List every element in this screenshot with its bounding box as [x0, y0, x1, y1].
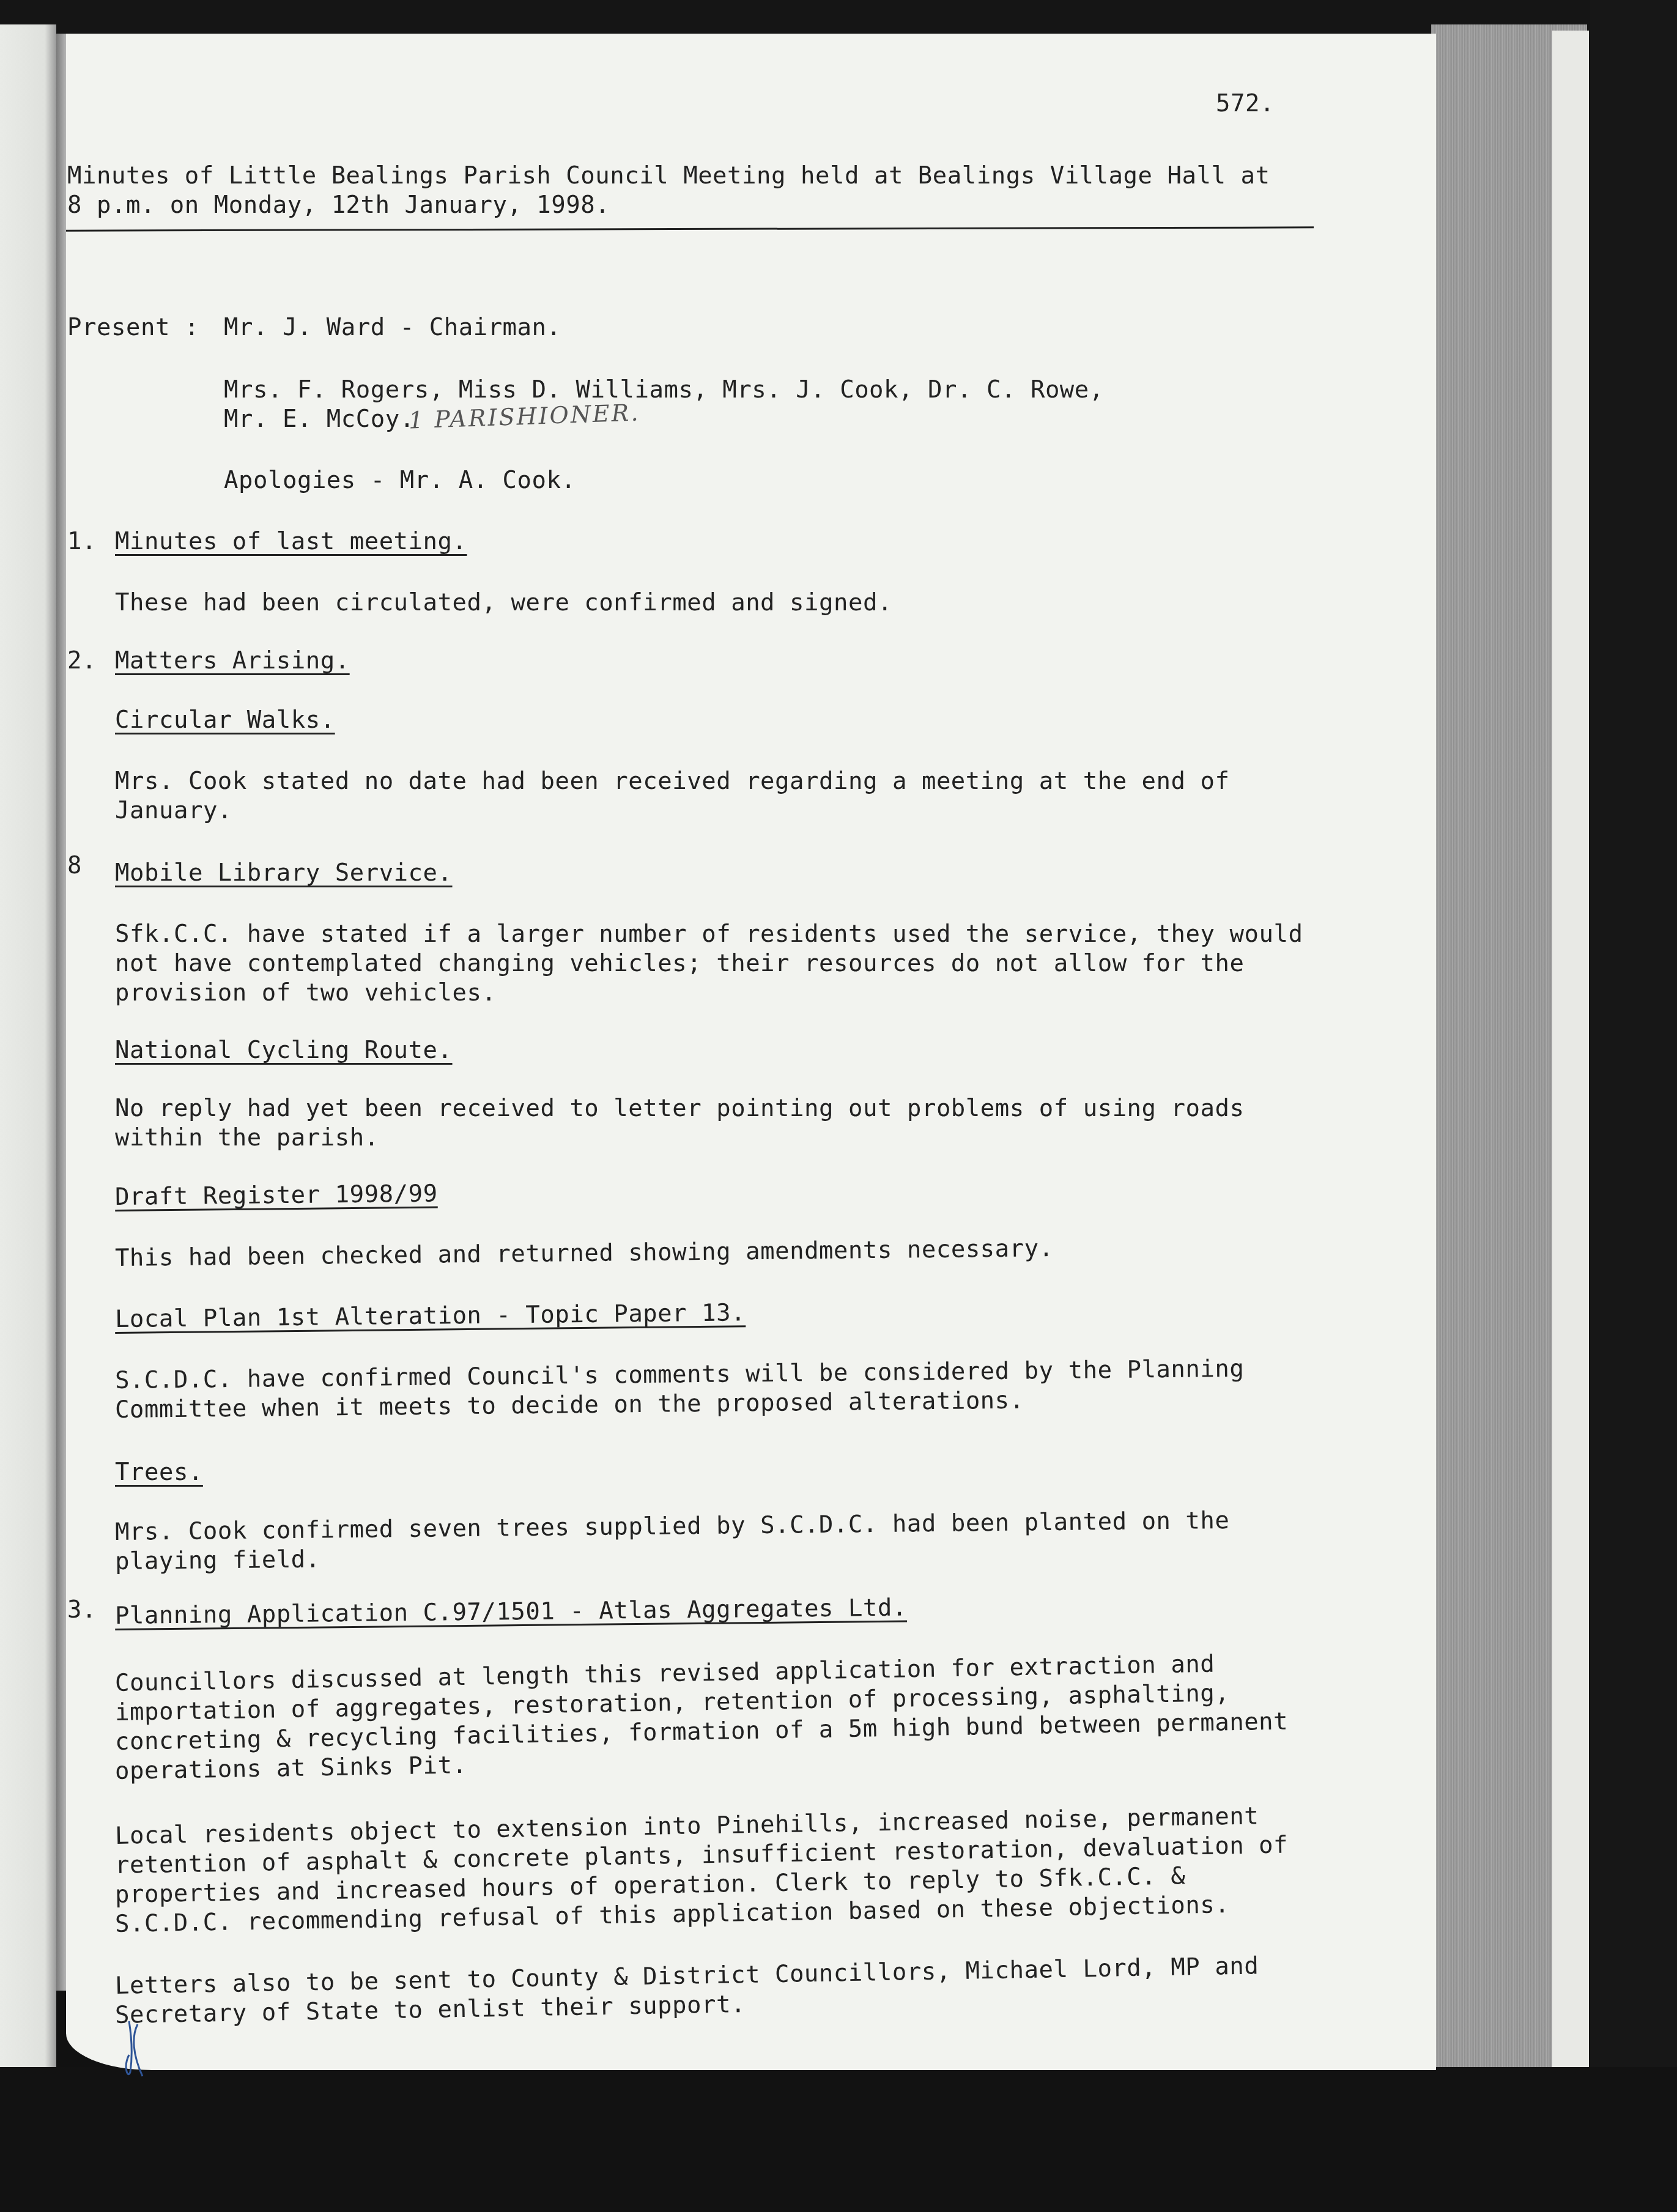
mobile-library-body-2: not have contemplated changing vehicles;…	[115, 950, 1244, 977]
minutes-content: 572. Minutes of Little Bealings Parish C…	[66, 34, 1436, 2070]
item-2-number: 2.	[67, 647, 97, 675]
title-rule	[66, 226, 1314, 231]
cycling-route-body-1: No reply had yet been received to letter…	[115, 1095, 1244, 1122]
cycling-route-heading: National Cycling Route.	[115, 1037, 453, 1064]
book-cover-top	[0, 0, 1677, 37]
item-1-number: 1.	[67, 528, 97, 555]
mobile-library-body-3: provision of two vehicles.	[115, 979, 496, 1007]
circular-walks-body-1: Mrs. Cook stated no date had been receiv…	[115, 768, 1229, 795]
circular-walks-heading: Circular Walks.	[115, 706, 335, 734]
item-3-heading: Planning Application C.97/1501 - Atlas A…	[115, 1594, 907, 1630]
title-line-1: Minutes of Little Bealings Parish Counci…	[67, 162, 1270, 190]
page-block-edge-light	[1552, 31, 1589, 2085]
item-1-heading: Minutes of last meeting.	[115, 528, 467, 555]
trees-heading: Trees.	[115, 1459, 203, 1486]
local-plan-heading: Local Plan 1st Alteration - Topic Paper …	[115, 1299, 746, 1333]
planning-para-1-line-4: operations at Sinks Pit.	[115, 1751, 467, 1785]
trees-body-2: playing field.	[115, 1545, 320, 1575]
signature-initials-icon	[124, 2018, 161, 2079]
members-line-2: Mr. E. McCoy.	[224, 405, 415, 433]
margin-mark: 8	[67, 852, 82, 879]
mobile-library-heading: Mobile Library Service.	[115, 859, 453, 887]
draft-register-body: This had been checked and returned showi…	[115, 1235, 1054, 1272]
handwritten-parishioner-note: 1 PARISHIONER.	[408, 399, 640, 434]
book-cover-right	[1590, 0, 1677, 2212]
book-cover-bottom	[0, 2067, 1677, 2212]
cycling-route-body-2: within the parish.	[115, 1124, 379, 1152]
draft-register-heading: Draft Register 1998/99	[115, 1180, 438, 1211]
title-line-2: 8 p.m. on Monday, 12th January, 1998.	[67, 191, 610, 219]
facing-page-edge	[0, 24, 56, 2212]
trees-body-1: Mrs. Cook confirmed seven trees supplied…	[115, 1507, 1230, 1546]
page-number: 572.	[1216, 90, 1275, 117]
chairman: Mr. J. Ward - Chairman.	[224, 314, 561, 341]
local-plan-body-1: S.C.D.C. have confirmed Council's commen…	[115, 1355, 1245, 1394]
present-label: Present :	[67, 314, 199, 341]
circular-walks-body-2: January.	[115, 797, 232, 824]
item-3-number: 3.	[67, 1596, 97, 1624]
item-1-body: These had been circulated, were confirme…	[115, 589, 892, 616]
apologies: Apologies - Mr. A. Cook.	[224, 467, 576, 494]
members-line-1: Mrs. F. Rogers, Miss D. Williams, Mrs. J…	[224, 376, 1104, 404]
mobile-library-body-1: Sfk.C.C. have stated if a larger number …	[115, 920, 1303, 948]
item-2-heading: Matters Arising.	[115, 647, 350, 675]
